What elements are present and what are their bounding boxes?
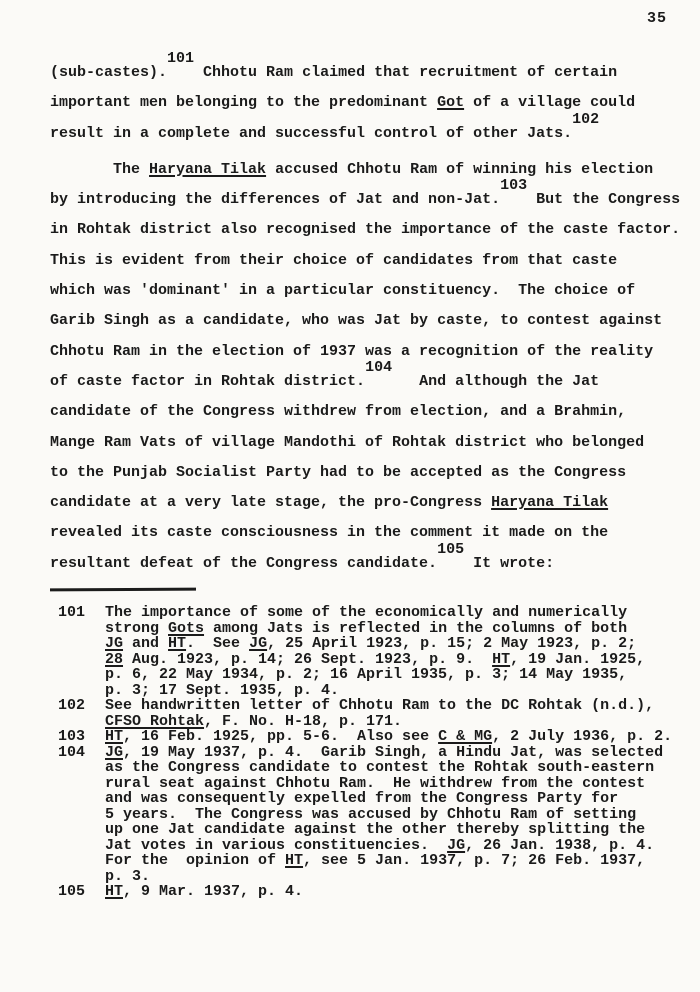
body-line: candidate at a very late stage, the pro-… xyxy=(50,488,680,518)
underlined-text: JG xyxy=(447,837,465,854)
text-segment: And although the Jat xyxy=(392,373,599,390)
body-line: Mange Ram Vats of village Mandothi of Ro… xyxy=(50,428,680,458)
footnote-marker: 104 xyxy=(365,359,392,376)
text-segment: For the opinion of xyxy=(105,852,285,869)
footnote-line: p. 3. xyxy=(58,869,672,885)
footnote-number: 102 xyxy=(58,698,105,714)
footnote-marker: 105 xyxy=(437,541,464,558)
text-segment: , 9 Mar. 1937, p. 4. xyxy=(123,883,303,900)
text-segment: among Jats is reflected in the columns o… xyxy=(204,620,627,637)
text-segment: candidate of the Congress withdrew from … xyxy=(50,403,626,420)
footnote-line: 104JG, 19 May 1937, p. 4. Garib Singh, a… xyxy=(58,745,672,761)
text-segment: This is evident from their choice of can… xyxy=(50,252,617,269)
footnote-line: For the opinion of HT, see 5 Jan. 1937, … xyxy=(58,853,672,869)
footnote-line: Jat votes in various constituencies. JG,… xyxy=(58,838,672,854)
text-segment: , F. No. H-18, p. 171. xyxy=(204,713,402,730)
underlined-text: HT xyxy=(285,852,303,869)
underlined-text: JG xyxy=(105,744,123,761)
underlined-text: Gots xyxy=(168,620,204,637)
text-segment: , 26 Jan. 1938, p. 4. xyxy=(465,837,654,854)
footnote-number: 101 xyxy=(58,605,105,621)
text-segment: of caste factor in Rohtak district. xyxy=(50,373,365,390)
footnote-line: p. 6, 22 May 1934, p. 2; 16 April 1935, … xyxy=(58,667,672,683)
document-page: 35 (sub-castes).101 Chhotu Ram claimed t… xyxy=(0,0,700,992)
underlined-text: 28 xyxy=(105,651,123,668)
footnote-line: up one Jat candidate against the other t… xyxy=(58,822,672,838)
text-segment: . See xyxy=(186,635,249,652)
footnotes-section: 101The importance of some of the economi… xyxy=(58,605,672,900)
text-segment: The importance of some of the economical… xyxy=(105,604,627,621)
footnote-line: CFSO Rohtak, F. No. H-18, p. 171. xyxy=(58,714,672,730)
footnote-line: 105HT, 9 Mar. 1937, p. 4. xyxy=(58,884,672,900)
text-segment: rural seat against Chhotu Ram. He withdr… xyxy=(105,775,645,792)
text-segment: accused Chhotu Ram of winning his electi… xyxy=(266,161,653,178)
text-segment: , see 5 Jan. 1937, p. 7; 26 Feb. 1937, xyxy=(303,852,645,869)
text-segment: and was consequently expelled from the C… xyxy=(105,790,618,807)
footnote-line: and was consequently expelled from the C… xyxy=(58,791,672,807)
body-line: by introducing the differences of Jat an… xyxy=(50,185,680,215)
text-segment: Aug. 1923, p. 14; 26 Sept. 1923, p. 9. xyxy=(123,651,492,668)
text-segment: which was 'dominant' in a particular con… xyxy=(50,282,635,299)
body-line: which was 'dominant' in a particular con… xyxy=(50,276,680,306)
text-segment: by introducing the differences of Jat an… xyxy=(50,191,500,208)
underlined-text: JG xyxy=(249,635,267,652)
body-line: to the Punjab Socialist Party had to be … xyxy=(50,458,680,488)
body-line: Garib Singh as a candidate, who was Jat … xyxy=(50,306,680,336)
body-text: (sub-castes).101 Chhotu Ram claimed that… xyxy=(50,58,680,579)
underlined-text: HT xyxy=(492,651,510,668)
footnote-line: 102See handwritten letter of Chhotu Ram … xyxy=(58,698,672,714)
text-segment: Garib Singh as a candidate, who was Jat … xyxy=(50,312,662,329)
text-segment: , 25 April 1923, p. 15; 2 May 1923, p. 2… xyxy=(267,635,636,652)
footnote-line: 103HT, 16 Feb. 1925, pp. 5-6. Also see C… xyxy=(58,729,672,745)
underlined-text: HT xyxy=(105,883,123,900)
underlined-text: Got xyxy=(437,94,464,111)
text-segment: of a village could xyxy=(464,94,635,111)
text-segment: , 2 July 1936, p. 2. xyxy=(492,728,672,745)
footnote-line: p. 3; 17 Sept. 1935, p. 4. xyxy=(58,683,672,699)
underlined-text: C & MG xyxy=(438,728,492,745)
body-line: revealed its caste consciousness in the … xyxy=(50,518,680,548)
body-line: (sub-castes).101 Chhotu Ram claimed that… xyxy=(50,58,680,88)
text-segment: as the Congress candidate to contest the… xyxy=(105,759,654,776)
text-segment: up one Jat candidate against the other t… xyxy=(105,821,645,838)
footnote-number: 104 xyxy=(58,745,105,761)
text-segment: See handwritten letter of Chhotu Ram to … xyxy=(105,697,654,714)
text-segment: (sub-castes). xyxy=(50,64,167,81)
text-segment: in Rohtak district also recognised the i… xyxy=(50,221,680,238)
text-segment: , 19 May 1937, p. 4. Garib Singh, a Hind… xyxy=(123,744,663,761)
footnote-line: 101The importance of some of the economi… xyxy=(58,605,672,621)
page-number: 35 xyxy=(647,10,667,27)
text-segment: result in a complete and successful cont… xyxy=(50,125,572,142)
footnote-number: 105 xyxy=(58,884,105,900)
footnote-marker: 103 xyxy=(500,177,527,194)
footnote-line: as the Congress candidate to contest the… xyxy=(58,760,672,776)
body-line: in Rohtak district also recognised the i… xyxy=(50,215,680,245)
text-segment: The xyxy=(50,161,149,178)
text-segment: revealed its caste consciousness in the … xyxy=(50,524,608,541)
text-segment: p. 3. xyxy=(105,868,150,885)
text-segment: Jat votes in various constituencies. xyxy=(105,837,447,854)
underlined-text: HT xyxy=(168,635,186,652)
body-line: result in a complete and successful cont… xyxy=(50,119,680,149)
text-segment: , 16 Feb. 1925, pp. 5-6. Also see xyxy=(123,728,438,745)
footnote-line: strong Gots among Jats is reflected in t… xyxy=(58,621,672,637)
underlined-text: CFSO Rohtak xyxy=(105,713,204,730)
body-line: candidate of the Congress withdrew from … xyxy=(50,397,680,427)
text-segment: It wrote: xyxy=(464,555,554,572)
text-segment: 5 years. The Congress was accused by Chh… xyxy=(105,806,636,823)
body-line: This is evident from their choice of can… xyxy=(50,246,680,276)
footnote-marker: 101 xyxy=(167,50,194,67)
text-segment: , 19 Jan. 1925, xyxy=(510,651,645,668)
footnote-line: 28 Aug. 1923, p. 14; 26 Sept. 1923, p. 9… xyxy=(58,652,672,668)
text-segment: to the Punjab Socialist Party had to be … xyxy=(50,464,626,481)
text-segment: Chhotu Ram claimed that recruitment of c… xyxy=(194,64,617,81)
text-segment: strong xyxy=(105,620,168,637)
text-segment: and xyxy=(123,635,168,652)
text-segment: Mange Ram Vats of village Mandothi of Ro… xyxy=(50,434,644,451)
footnote-line: 5 years. The Congress was accused by Chh… xyxy=(58,807,672,823)
footnote-number: 103 xyxy=(58,729,105,745)
footnote-line: JG and HT. See JG, 25 April 1923, p. 15;… xyxy=(58,636,672,652)
body-line: The Haryana Tilak accused Chhotu Ram of … xyxy=(50,155,680,185)
underlined-text: Haryana Tilak xyxy=(149,161,266,178)
text-segment: p. 3; 17 Sept. 1935, p. 4. xyxy=(105,682,339,699)
footnote-marker: 102 xyxy=(572,111,599,128)
footnote-separator xyxy=(50,588,196,592)
text-segment: Chhotu Ram in the election of 1937 was a… xyxy=(50,343,653,360)
text-segment: But the Congress xyxy=(527,191,680,208)
underlined-text: Haryana Tilak xyxy=(491,494,608,511)
underlined-text: HT xyxy=(105,728,123,745)
text-segment: p. 6, 22 May 1934, p. 2; 16 April 1935, … xyxy=(105,666,627,683)
text-segment: resultant defeat of the Congress candida… xyxy=(50,555,437,572)
underlined-text: JG xyxy=(105,635,123,652)
body-line: of caste factor in Rohtak district.104 A… xyxy=(50,367,680,397)
text-segment: important men belonging to the predomina… xyxy=(50,94,437,111)
footnote-line: rural seat against Chhotu Ram. He withdr… xyxy=(58,776,672,792)
body-line: resultant defeat of the Congress candida… xyxy=(50,549,680,579)
text-segment: candidate at a very late stage, the pro-… xyxy=(50,494,491,511)
